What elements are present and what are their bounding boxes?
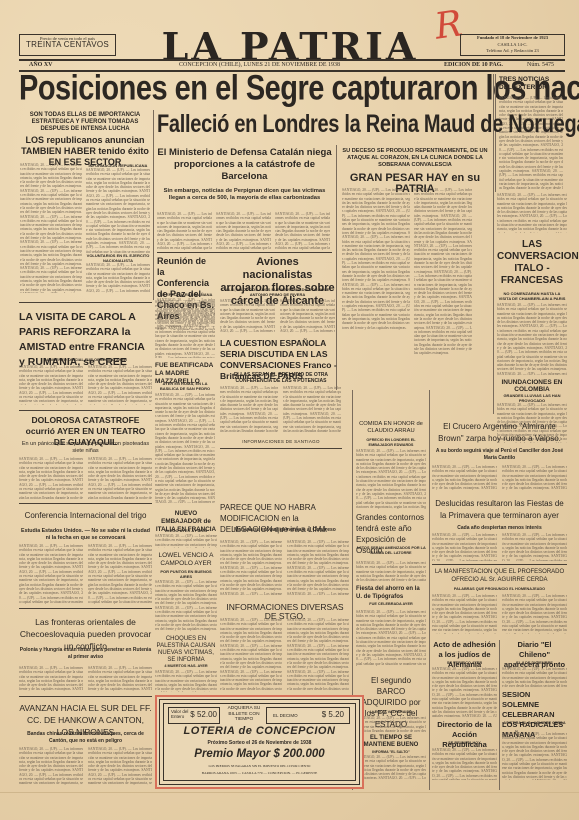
italo-francesas-deck: NO COMENZARAN HASTA LA VISITA DE CHAMBER… [497, 291, 567, 301]
price-box: Precio de venta en todo el país TREINTA … [19, 34, 116, 56]
lima-deck: Mañana se enviará el mensaje al Congreso [220, 527, 350, 534]
article-body: SANTIAGO, 20. — (UP). — Los informes rec… [216, 212, 271, 250]
profesorado-deck: PALABRAS QUE PRONUNCIO EL HOMENAJEADO [432, 587, 567, 592]
divider [220, 448, 342, 449]
article-body: SANTIAGO, 20. — (UP). — Los informes rec… [88, 747, 152, 785]
barcelona-headline: El Ministerio de Defensa Catalán niega p… [157, 147, 332, 183]
crucero-headline: El Crucero Argentino "Almirante Brown" z… [432, 421, 567, 445]
article-body: SANTIAGO, 20. — (UP). — Los informes rec… [19, 666, 83, 692]
lottery-inner-border: Valor del Entero $ 52.00 ADQUIERA SU BIL… [163, 703, 356, 781]
article-body: SANTIAGO, 20. — (UP). — Los informes rec… [19, 747, 83, 785]
founded-box: Fundado el 18 de Noviembre de 1923 CASIL… [460, 34, 565, 56]
entero-label: Valor del Entero [171, 709, 191, 719]
page-fold [0, 792, 579, 793]
choques-headline: CHOQUES EN PALESTINA CAUSAN NUEVAS VICTI… [155, 636, 217, 664]
telephone: Teléfono Ad. y Redacción 23 [461, 48, 564, 55]
article-body: SANTIAGO, 20. — (UP). — Los informes rec… [287, 540, 349, 595]
article-body: SANTIAGO, 20. — (UP). — Los informes rec… [283, 386, 341, 432]
main-headline: Posiciones en el Segre capturaron los na… [19, 72, 449, 107]
article-body: SANTIAGO, 20. — (UP). — Los informes rec… [220, 540, 282, 595]
directorio-deck: SE REUNIRA HOY [432, 741, 497, 746]
ahorro-headline: Fiesta del ahorro en la U. de Tipógrafos [356, 585, 426, 601]
article-body: SANTIAGO, 20. — (UP). — Los informes rec… [502, 465, 567, 491]
article-body: SANTIAGO, 20. — (UP). — Los informes rec… [88, 457, 152, 499]
divider [157, 252, 332, 253]
arrau-headline: COMIDA EN HONOR de CLAUDIO ARRAU [356, 421, 426, 435]
article-body: SANTIAGO, 20. — (UP). — Los informes rec… [88, 666, 152, 692]
checoslovaquia-deck: Polonia y Hungría están listas para pene… [19, 647, 152, 661]
entero-price: $ 52.00 [190, 711, 217, 718]
maud-deck: SU DECESO SE PRODUJO REPENTINAMENTE, DE … [340, 148, 490, 169]
article-body: SANTIAGO, 20. — (UP). — Los informes rec… [432, 667, 497, 717]
lottery-prize: Premio Mayor $ 200.000 [164, 748, 355, 760]
section-label: VOLUNTARIOS EN EL EJERCITO NACIONALISTA [86, 253, 150, 263]
primavera-headline: Deslucidas resultaron las Fiestas de la … [432, 498, 567, 522]
article-body: SANTIAGO, 20. — (UP). — Los informes rec… [20, 163, 82, 293]
newspaper-page: Precio de venta en todo el país TREINTA … [0, 0, 579, 820]
inundaciones-deck: GRANDES LLUVIAS LAS HAN PROVOCADO [497, 393, 567, 403]
lowel-headline: LOWEL VENCIO A CAMPOLO AYER [155, 552, 217, 568]
divider [432, 564, 567, 565]
article-body: SANTIAGO, 20. — (UP). — Los informes rec… [502, 533, 567, 561]
lottery-title: LOTERIA de CONCEPCION [164, 725, 355, 737]
article-body: SANTIAGO, 20. — (UP). — Los informes rec… [88, 544, 152, 604]
column-rule [429, 390, 430, 790]
tres-noticias-headline: TRES NOTICIAS DEL EXTERIOR [496, 74, 566, 94]
trigo-deck: Estudia Estados Unidos. — No se sabe ni … [19, 528, 152, 542]
article-body: SANTIAGO, 20. — (UP). — Los informes rec… [342, 188, 410, 388]
mazzarello-deck: AYER EN ROMA, EN LA BASILICA DE SAN PEDR… [155, 381, 215, 391]
article-body: SANTIAGO, 20. — (UP). — Los informes rec… [497, 303, 567, 375]
decimo-price-box: EL DECIMO $ 5.20 [266, 707, 350, 724]
chaco-deck: SE EFECTUARAN MAÑANA [157, 292, 215, 297]
radicales-deck: ASISTIRA EL Sr. AGUIRRE CERDA [502, 721, 567, 726]
article-body: SANTIAGO, 20. — (UP). — Los informes rec… [280, 299, 335, 333]
article-body: SANTIAGO, 20. — (UP). — Los informes rec… [356, 561, 426, 581]
divider [19, 608, 152, 609]
article-body: SANTIAGO, 20. — (UP). — Los informes rec… [19, 457, 83, 499]
lottery-advertisement: Valor del Entero $ 52.00 ADQUIERA SU BIL… [155, 695, 364, 789]
column-rule [499, 640, 500, 790]
carol-deck: ALMUERZO OFICIAL FUE OFRECIDO AYER [19, 357, 152, 362]
article-body: SANTIAGO, 20. — (UP). — Los informes rec… [86, 168, 150, 253]
divider [19, 410, 152, 411]
article-body: SANTIAGO, 20. — (UP). — Los informes rec… [155, 670, 217, 692]
lottery-footer: BARROS ARANA 1003 — CASILLA 779 — CONCEP… [164, 771, 355, 775]
hankow-deck: Bandas chinas realizan fuertes ataques, … [19, 731, 152, 745]
article-body: SANTIAGO, 20. — (UP). — Los informes rec… [287, 618, 349, 690]
segre-deck: SON TODAS ELLAS DE IMPORTANCIA ESTRATEGI… [20, 112, 150, 133]
osorno-deck: ACTOS SERAN AMENIZADOS POR LA BANDA DEL … [356, 546, 426, 556]
profesorado-headline: LA MANIFESTACION QUE EL PROFESORADO OFRE… [432, 568, 567, 584]
article-body: SANTIAGO, 20. — (UP). — Los informes rec… [155, 393, 215, 503]
article-body: SANTIAGO, 20. — (UP). — Los informes rec… [432, 465, 497, 491]
decimo-price: $ 5.20 [322, 711, 344, 718]
article-body: SANTIAGO, 20. — (UP). — Los informes rec… [356, 755, 426, 779]
divider [19, 302, 152, 303]
article-body: SANTIAGO, 20. — (UP). — Los informes rec… [88, 365, 152, 405]
decimo-label: EL DECIMO [273, 712, 298, 719]
article-body: SANTIAGO, 20. — (UP). — Los informes rec… [432, 533, 497, 561]
article-body: SANTIAGO, 20. — (UP). — Los informes rec… [19, 365, 83, 405]
republican-info: INFORMACION REPUBLICANA SANTIAGO, 20. — … [86, 163, 150, 293]
ahorro-deck: FUE CELEBRADA AYER [356, 602, 426, 607]
trigo-headline: Conferencia Internacional del trigo [19, 512, 152, 520]
divider [19, 696, 152, 697]
embajador-deck: LLEGO AYER A PARIS [155, 528, 217, 533]
article-body: SANTIAGO, 20. — (UP). — Los informes rec… [432, 594, 497, 634]
price-value: TREINTA CENTAVOS [20, 42, 115, 48]
primavera-deck: Cada año despiertan menos interés [432, 525, 567, 532]
inundaciones-headline: INUNDACIONES EN COLOMBIA [497, 379, 567, 393]
divider [19, 503, 152, 504]
article-body: SANTIAGO, 20. — (UP). — Los informes rec… [432, 748, 497, 780]
article-body: SANTIAGO, 20. — (UP). — Los informes rec… [356, 716, 426, 732]
article-body: SANTIAGO, 20. — (UP). — Los informes rec… [220, 299, 275, 333]
article-body: SANTIAGO, 20. — (UP). — Los informes rec… [155, 300, 215, 358]
crucero-deck: A su bordo seguirá viaje al Perú el Canc… [432, 448, 567, 462]
tiempo-deck: INFORMA "EL SALTO" [356, 750, 426, 754]
lottery-draw-date: Próximo Sorteo el 26 de Noviembre de 193… [164, 740, 355, 746]
arrau-deck: OFRECIO EN LONDRES EL EMBAJADOR EDWARDS [356, 438, 426, 448]
article-body: SANTIAGO, 20. — (UP). — Los informes rec… [157, 212, 212, 250]
alicante-deck: ALLI, HACE DOS AÑOS FUE AJUSTICIADO DON … [220, 287, 335, 297]
article-body: SANTIAGO, 20. — (UP). — Los informes rec… [356, 449, 426, 509]
entero-price-box: Valor del Entero $ 52.00 [168, 707, 220, 724]
lowel-deck: POR PUNTOS EN BUENOS AIRES [155, 569, 217, 579]
guayaquil-deck: En un pánico que se produjo, perecieron … [19, 441, 152, 455]
lottery-tax-note: LOS PREMIOS SE PAGARAN SIN EL IMPUESTO D… [164, 764, 355, 768]
article-body: SANTIAGO, 20. — (UP). — Los informes rec… [220, 386, 278, 432]
article-body: SANTIAGO, 20. — (UP). — Los informes rec… [19, 544, 83, 604]
column-rule [153, 110, 154, 300]
lottery-slogan: ADQUIERA SU BILLETE CON TIEMPO [225, 706, 263, 723]
maud-headline: Falleció en Londres la Reina Maud de Nor… [157, 112, 492, 137]
article-body: SANTIAGO, 20. — (UP). — Los informes rec… [502, 732, 567, 780]
article-body: SANTIAGO, 20. — (UP). — Los informes rec… [155, 534, 217, 548]
barcelona-deck: Sin embargo, noticias de Perpignan dicen… [157, 188, 332, 202]
choques-deck: 4 MUERTOS HAS. AYER [155, 664, 217, 669]
italo-francesas-article: SANTIAGO, 20. — (UP). — Los informes rec… [497, 193, 567, 443]
barco-deck: LLEGO A VALPARAISO [356, 710, 426, 715]
article-body: SANTIAGO, 20. — (UP). — Los informes rec… [502, 667, 567, 687]
chileno-deck: EL 8 DE DICIEMBRE [502, 661, 567, 666]
italo-francesas-headline: LAS CONVERSACIONES ITALO - FRANCESAS [497, 239, 567, 287]
column-rule [493, 74, 494, 414]
article-body: SANTIAGO, 20. — (UP). — Los informes rec… [356, 610, 426, 666]
tiempo-headline: EL TIEMPO SE MANTIENE BUENO [356, 735, 426, 749]
article-body: SANTIAGO, 20. — (UP). — Los informes rec… [155, 580, 217, 632]
judios-deck: SE VERIFICO AYER [432, 661, 497, 666]
article-body: SANTIAGO, 20. — (UP). — Los informes rec… [275, 212, 330, 250]
article-body: SANTIAGO, 20. — (UP). — Los informes rec… [86, 263, 150, 293]
article-body: SANTIAGO, 20. — (UP). — Los informes rec… [502, 594, 567, 634]
cuestion-espanola-deck: ELLAS SERAN EL PRELUDIO DE OTRA CONFEREN… [220, 372, 342, 384]
article-body: SANTIAGO, 20. — (UP). — Los informes rec… [220, 618, 282, 690]
santiago-section-label: INFORMACIONES DE SANTIAGO [220, 438, 342, 445]
article-body: SANTIAGO, 20. — (UP). — Los informes rec… [497, 193, 567, 233]
article-body: SANTIAGO, 20. — (UP). — Los informes rec… [414, 188, 472, 388]
